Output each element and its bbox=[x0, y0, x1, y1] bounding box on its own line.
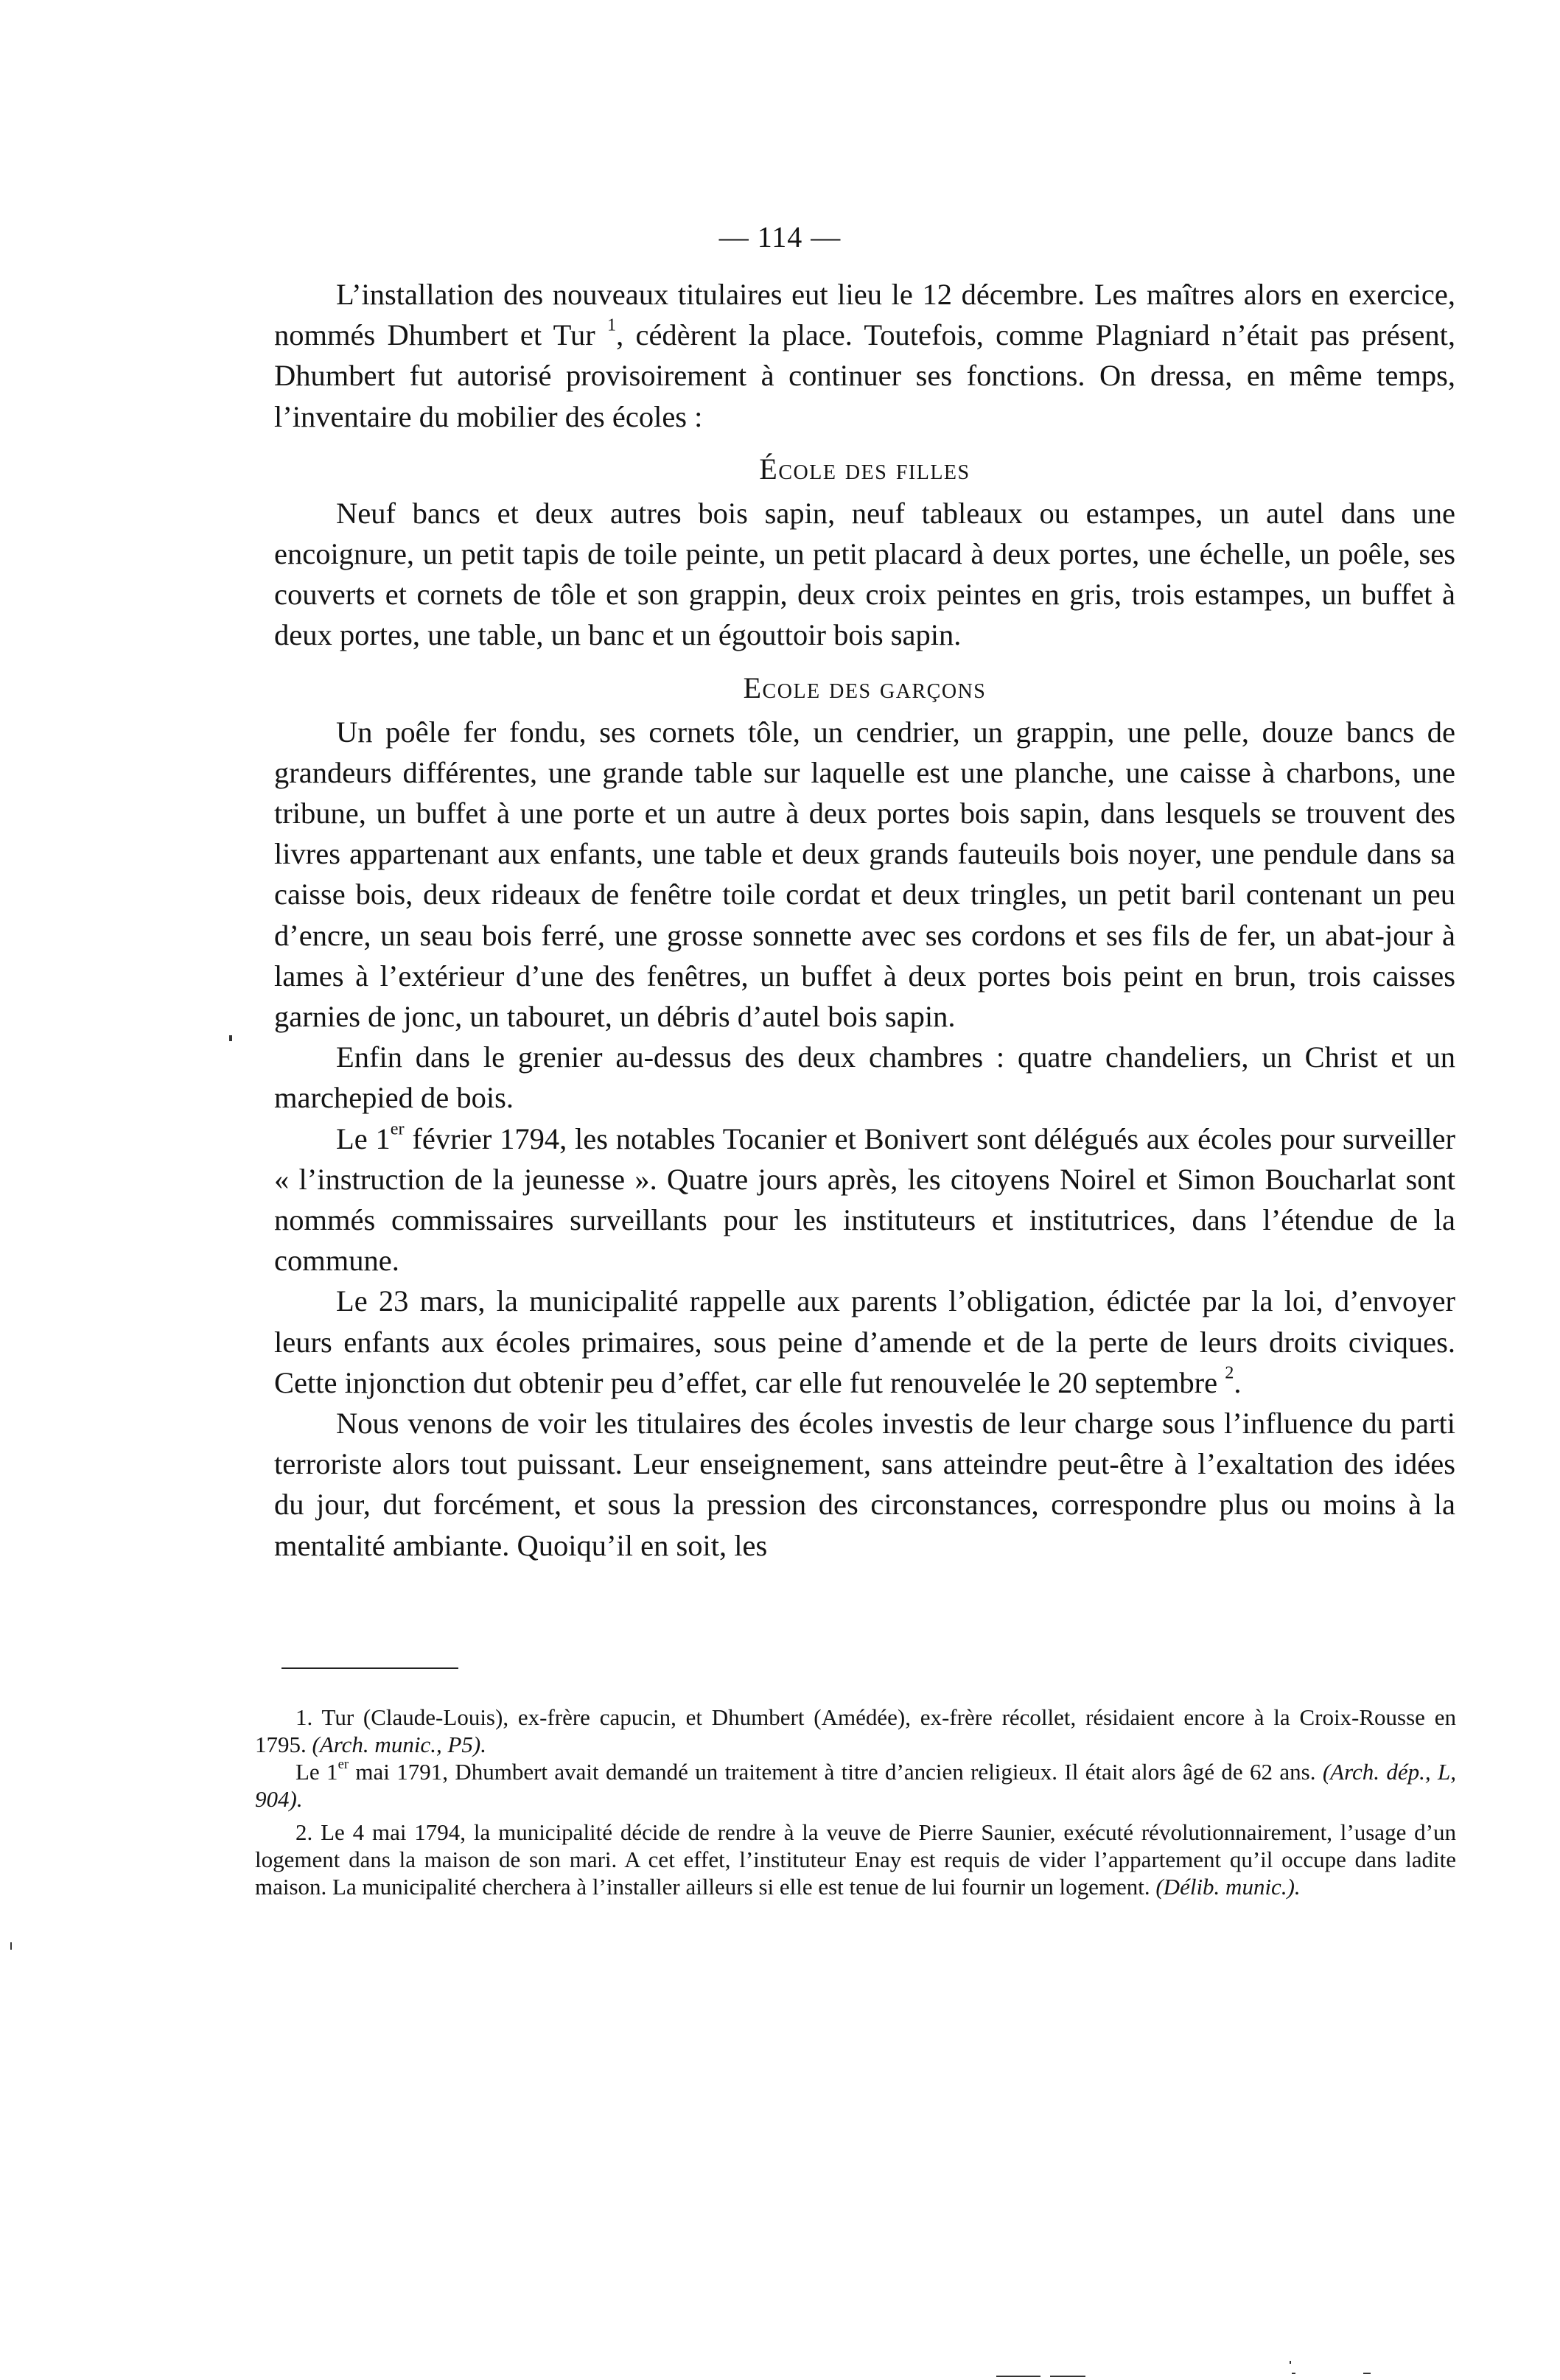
scan-speck bbox=[1363, 2373, 1371, 2374]
footnote-source: (Arch. munic., P5). bbox=[312, 1732, 486, 1757]
paragraph-text: Le 23 mars, la municipalité rappelle aux… bbox=[274, 1284, 1455, 1399]
footnotes: 1. Tur (Claude-Louis), ex-frère capucin,… bbox=[255, 1704, 1456, 1900]
ordinal-superscript: er bbox=[391, 1119, 405, 1138]
footnote-separator bbox=[281, 1667, 458, 1669]
footnote-ref-1[interactable]: 1 bbox=[607, 315, 616, 335]
ordinal-superscript: er bbox=[338, 1757, 349, 1772]
footnote-source: (Délib. munic.). bbox=[1155, 1874, 1300, 1900]
footnote-1: 1. Tur (Claude-Louis), ex-frère capucin,… bbox=[255, 1704, 1456, 1758]
footnote-text: Le 1 bbox=[295, 1759, 338, 1785]
body-text: L’installation des nouveaux titulaires e… bbox=[274, 274, 1455, 1566]
footnote-2: 2. Le 4 mai 1794, la municipalité décide… bbox=[255, 1819, 1456, 1900]
scan-speck bbox=[229, 1035, 232, 1041]
document-page: — 114 — L’installation des nouveaux titu… bbox=[0, 0, 1560, 2380]
paragraph-text: Le 1 bbox=[336, 1122, 391, 1155]
paragraph-inventaire-garcons: Un poêle fer fondu, ses cornets tôle, un… bbox=[274, 712, 1455, 1037]
paragraph-nous-venons: Nous venons de voir les titulaires des é… bbox=[274, 1403, 1455, 1566]
paragraph-inventaire-filles: Neuf bancs et deux autres bois sapin, ne… bbox=[274, 493, 1455, 656]
section-heading-ecole-des-garcons: Ecole des garçons bbox=[274, 671, 1455, 706]
scan-speck bbox=[1292, 2373, 1295, 2374]
paragraph-fevrier-1794: Le 1er février 1794, les notables Tocani… bbox=[274, 1119, 1455, 1281]
paragraph-grenier: Enfin dans le grenier au-dessus des deux… bbox=[274, 1037, 1455, 1118]
scan-speck bbox=[10, 1942, 12, 1950]
scan-speck bbox=[1290, 2361, 1291, 2364]
paragraph-text: . bbox=[1234, 1366, 1241, 1399]
footnote-ref-2[interactable]: 2 bbox=[1225, 1362, 1234, 1382]
footnote-text: mai 1791, Dhumbert avait demandé un trai… bbox=[349, 1759, 1323, 1785]
paragraph-text: février 1794, les notables Tocanier et B… bbox=[274, 1122, 1455, 1278]
scan-line bbox=[996, 2376, 1040, 2377]
scan-line bbox=[1050, 2376, 1085, 2377]
page-number: — 114 — bbox=[0, 220, 1560, 254]
paragraph-23-mars: Le 23 mars, la municipalité rappelle aux… bbox=[274, 1281, 1455, 1403]
footnote-1-continued: Le 1er mai 1791, Dhumbert avait demandé … bbox=[255, 1758, 1456, 1813]
section-heading-ecole-des-filles: École des filles bbox=[274, 452, 1455, 487]
paragraph-installation: L’installation des nouveaux titulaires e… bbox=[274, 274, 1455, 437]
